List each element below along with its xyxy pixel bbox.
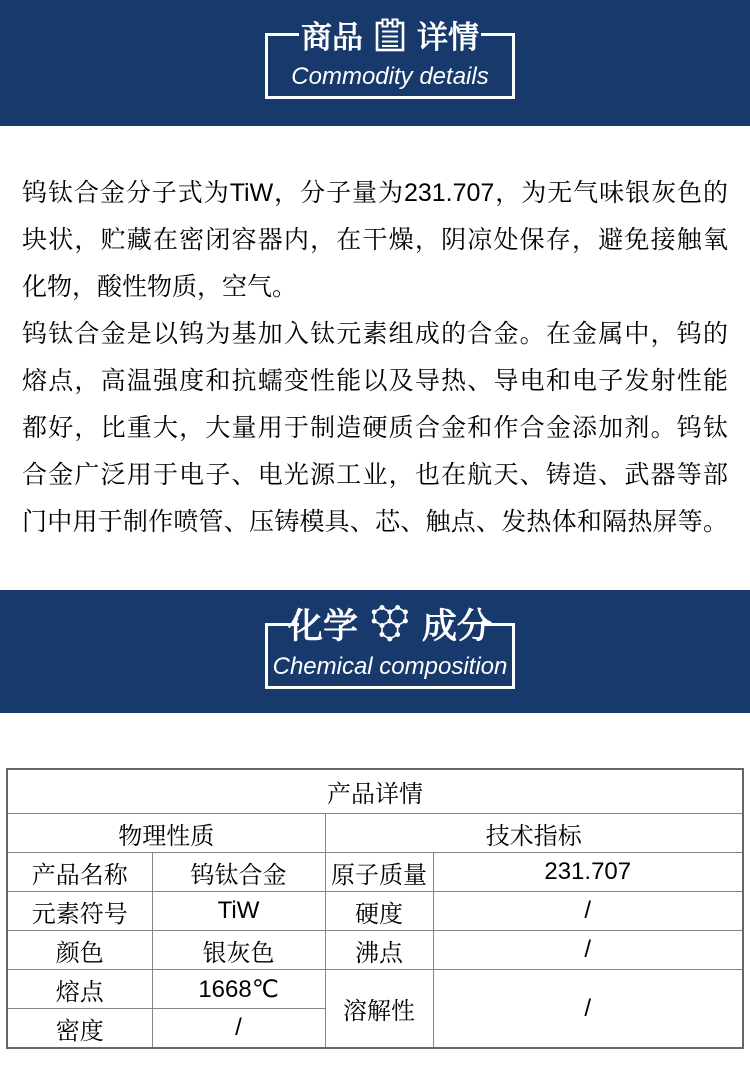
chemical-composition-banner: 化学 成分 Chemical compositio (0, 590, 750, 713)
spec-label: 熔点 (7, 970, 152, 1009)
spec-value: / (433, 970, 743, 1049)
spec-value: / (433, 931, 743, 970)
group-header-physical: 物理性质 (7, 814, 325, 853)
spec-label: 溶解性 (325, 970, 433, 1049)
description-line: 钨钛合金分子式为TiW，分子量为231.707，为无气味银灰色的 (22, 170, 728, 217)
description-line: 化物，酸性物质，空气。 (22, 264, 728, 311)
commodity-banner-subtitle: Commodity details (256, 63, 524, 91)
spec-label: 产品名称 (7, 853, 152, 892)
table-row: 产品名称 钨钛合金 原子质量 231.707 (7, 853, 743, 892)
chemical-banner-subtitle: Chemical composition (256, 653, 524, 681)
spec-value: / (152, 1009, 325, 1049)
description-line: 块状，贮藏在密闭容器内，在干燥，阴凉处保存，避免接触氧 (22, 217, 728, 264)
group-header-technical: 技术指标 (325, 814, 743, 853)
product-description: 钨钛合金分子式为TiW，分子量为231.707，为无气味银灰色的 块状，贮藏在密… (22, 170, 728, 546)
spec-label: 元素符号 (7, 892, 152, 931)
table-title: 产品详情 (7, 769, 743, 814)
chemical-title-right: 成分 (422, 599, 492, 649)
spec-label: 原子质量 (325, 853, 433, 892)
chemical-banner-frame: 化学 成分 Chemical compositio (265, 626, 515, 689)
spec-value: 钨钛合金 (152, 853, 325, 892)
commodity-banner-title: 商品 详情 (208, 12, 572, 57)
chemical-banner-title: 化学 成分 (208, 599, 572, 649)
spec-label: 硬度 (325, 892, 433, 931)
description-line: 门中用于制作喷管、压铸模具、芯、触点、发热体和隔热屏等。 (22, 499, 728, 546)
product-spec-table: 产品详情 物理性质 技术指标 产品名称 钨钛合金 原子质量 231.707 元素… (6, 768, 744, 1049)
description-line: 熔点，高温强度和抗蠕变性能以及导热、导电和电子发射性能 (22, 358, 728, 405)
table-row: 物理性质 技术指标 (7, 814, 743, 853)
spec-label: 密度 (7, 1009, 152, 1049)
commodity-title-left: 商品 (301, 12, 363, 57)
chemical-title-left: 化学 (288, 599, 358, 649)
clipboard-icon (375, 18, 405, 52)
table-row: 颜色 银灰色 沸点 / (7, 931, 743, 970)
description-line: 钨钛合金是以钨为基加入钛元素组成的合金。在金属中，钨的 (22, 311, 728, 358)
commodity-details-banner: 商品 详情 Commodity details (0, 0, 750, 126)
spec-value: 银灰色 (152, 931, 325, 970)
table-row: 元素符号 TiW 硬度 / (7, 892, 743, 931)
table-row: 产品详情 (7, 769, 743, 814)
table-row: 熔点 1668℃ 溶解性 / (7, 970, 743, 1009)
description-line: 合金广泛用于电子、电光源工业，也在航天、铸造、武器等部 (22, 452, 728, 499)
spec-label: 沸点 (325, 931, 433, 970)
description-line: 都好，比重大，大量用于制造硬质合金和作合金添加剂。钨钛 (22, 405, 728, 452)
molecule-icon (370, 605, 410, 643)
spec-value: / (433, 892, 743, 931)
spec-value: 231.707 (433, 853, 743, 892)
spec-value: 1668℃ (152, 970, 325, 1009)
spec-value: TiW (152, 892, 325, 931)
commodity-title-right: 详情 (417, 12, 479, 57)
commodity-banner-frame: 商品 详情 Commodity details (265, 36, 515, 99)
spec-label: 颜色 (7, 931, 152, 970)
